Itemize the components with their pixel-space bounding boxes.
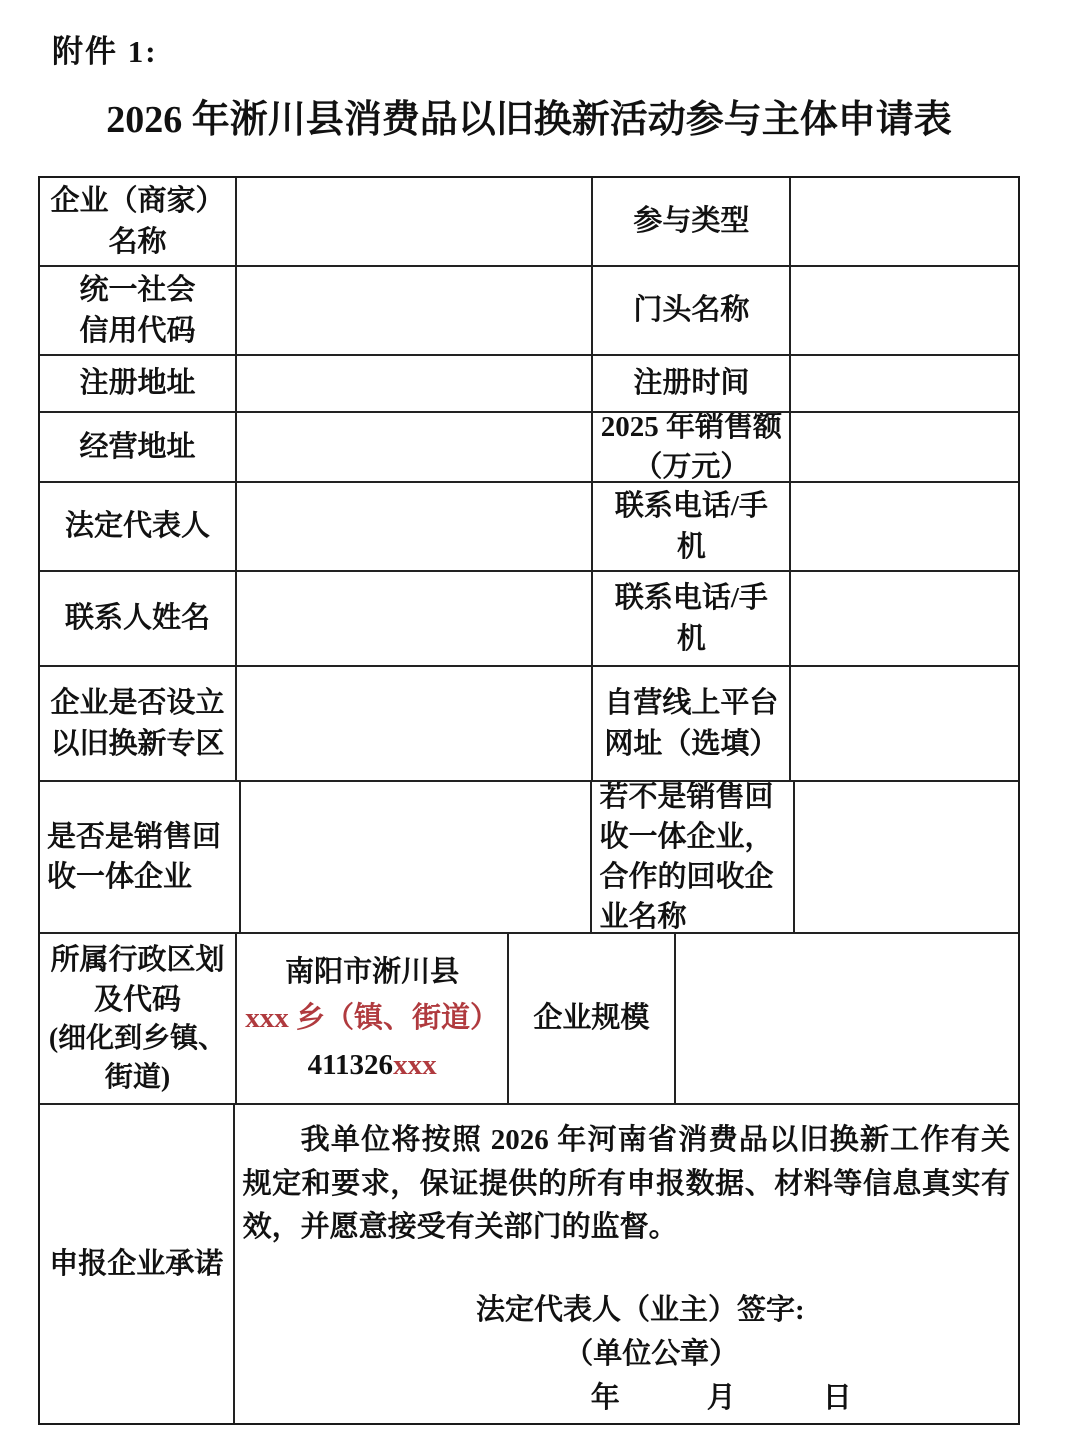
label-sales-2025: 2025 年销售额 （万元）	[593, 413, 791, 483]
commitment-body-text: 我单位将按照 2026 年河南省消费品以旧换新工作有关规定和要求，保证提供的所有…	[243, 1119, 1010, 1250]
value-contact-phone-2	[791, 572, 1018, 667]
label-legal-representative: 法定代表人	[40, 483, 237, 572]
label-partner-recycler-name: 若不是销售回 收一体企业， 合作的回收企 业名称	[592, 782, 794, 934]
table-row-tradein-zone: 企业是否设立 以旧换新专区 自营线上平台 网址（选填）	[40, 667, 1018, 782]
value-storefront-name	[791, 267, 1018, 356]
admin-code-line: 411326xxx	[308, 1042, 437, 1088]
admin-region-line: 南阳市淅川县	[285, 949, 459, 995]
value-registered-address	[237, 356, 593, 413]
admin-township-placeholder: xxx 乡（镇、街道）	[245, 995, 499, 1041]
label-enterprise-name: 企业（商家） 名称	[40, 178, 237, 267]
table-row-credit-code: 统一社会 信用代码 门头名称	[40, 267, 1018, 356]
company-seal-line: （单位公章）	[268, 1332, 1018, 1376]
value-sales-recycle-integrated	[241, 782, 592, 934]
value-tradein-zone	[237, 667, 593, 782]
table-row-commitment: 申报企业承诺 我单位将按照 2026 年河南省消费品以旧换新工作有关规定和要求，…	[40, 1105, 1018, 1423]
page-title: 2026 年淅川县消费品以旧换新活动参与主体申请表	[38, 88, 1020, 143]
label-online-platform-url: 自营线上平台 网址（选填）	[593, 667, 791, 782]
table-row-registered-address: 注册地址 注册时间	[40, 356, 1018, 413]
admin-code-placeholder: xxx	[393, 1049, 437, 1081]
value-credit-code	[237, 267, 593, 356]
label-contact-phone-2: 联系电话/手 机	[593, 572, 791, 667]
label-credit-code: 统一社会 信用代码	[40, 267, 237, 356]
application-form-table: 企业（商家） 名称 参与类型 统一社会 信用代码 门头名称 注册地址 注册时间 …	[38, 176, 1020, 1425]
admin-code-prefix: 411326	[308, 1049, 393, 1081]
attachment-label: 附件 1:	[52, 26, 158, 71]
signature-block: 法定代表人（业主）签字: （单位公章） 年 月 日	[243, 1288, 1010, 1420]
label-admin-division: 所属行政区划 及代码 (细化到乡镇、 街道)	[40, 934, 237, 1105]
label-sales-recycle-integrated: 是否是销售回 收一体企业	[40, 782, 241, 934]
date-line: 年 月 日	[338, 1376, 1018, 1420]
value-enterprise-scale	[676, 934, 1018, 1105]
table-row-admin-division: 所属行政区划 及代码 (细化到乡镇、 街道) 南阳市淅川县 xxx 乡（镇、街道…	[40, 934, 1018, 1105]
value-contact-name	[237, 572, 593, 667]
label-contact-phone-1: 联系电话/手 机	[593, 483, 791, 572]
value-registration-time	[791, 356, 1018, 413]
table-row-legal-representative: 法定代表人 联系电话/手 机	[40, 483, 1018, 572]
admin-division-label-text: 所属行政区划 及代码	[50, 940, 224, 1020]
label-commitment: 申报企业承诺	[40, 1105, 235, 1423]
table-row-business-address: 经营地址 2025 年销售额 （万元）	[40, 413, 1018, 483]
value-contact-phone-1	[791, 483, 1018, 572]
table-row-enterprise-name: 企业（商家） 名称 参与类型	[40, 178, 1018, 267]
value-partner-recycler-name	[795, 782, 1018, 934]
value-sales-2025	[791, 413, 1018, 483]
label-enterprise-scale: 企业规模	[509, 934, 675, 1105]
value-online-platform-url	[791, 667, 1018, 782]
label-registration-time: 注册时间	[593, 356, 791, 413]
table-row-sales-recycle: 是否是销售回 收一体企业 若不是销售回 收一体企业， 合作的回收企 业名称	[40, 782, 1018, 934]
label-business-address: 经营地址	[40, 413, 237, 483]
admin-division-label-note: (细化到乡镇、 街道)	[49, 1020, 226, 1097]
label-registered-address: 注册地址	[40, 356, 237, 413]
commitment-content-cell: 我单位将按照 2026 年河南省消费品以旧换新工作有关规定和要求，保证提供的所有…	[235, 1105, 1018, 1423]
table-row-contact-name: 联系人姓名 联系电话/手 机	[40, 572, 1018, 667]
value-participation-type	[791, 178, 1018, 267]
label-tradein-zone: 企业是否设立 以旧换新专区	[40, 667, 237, 782]
label-contact-name: 联系人姓名	[40, 572, 237, 667]
label-storefront-name: 门头名称	[593, 267, 791, 356]
value-admin-division: 南阳市淅川县 xxx 乡（镇、街道） 411326xxx	[237, 934, 509, 1105]
label-participation-type: 参与类型	[593, 178, 791, 267]
signature-line: 法定代表人（业主）签字:	[257, 1288, 1018, 1332]
value-business-address	[237, 413, 593, 483]
value-enterprise-name	[237, 178, 593, 267]
value-legal-representative	[237, 483, 593, 572]
